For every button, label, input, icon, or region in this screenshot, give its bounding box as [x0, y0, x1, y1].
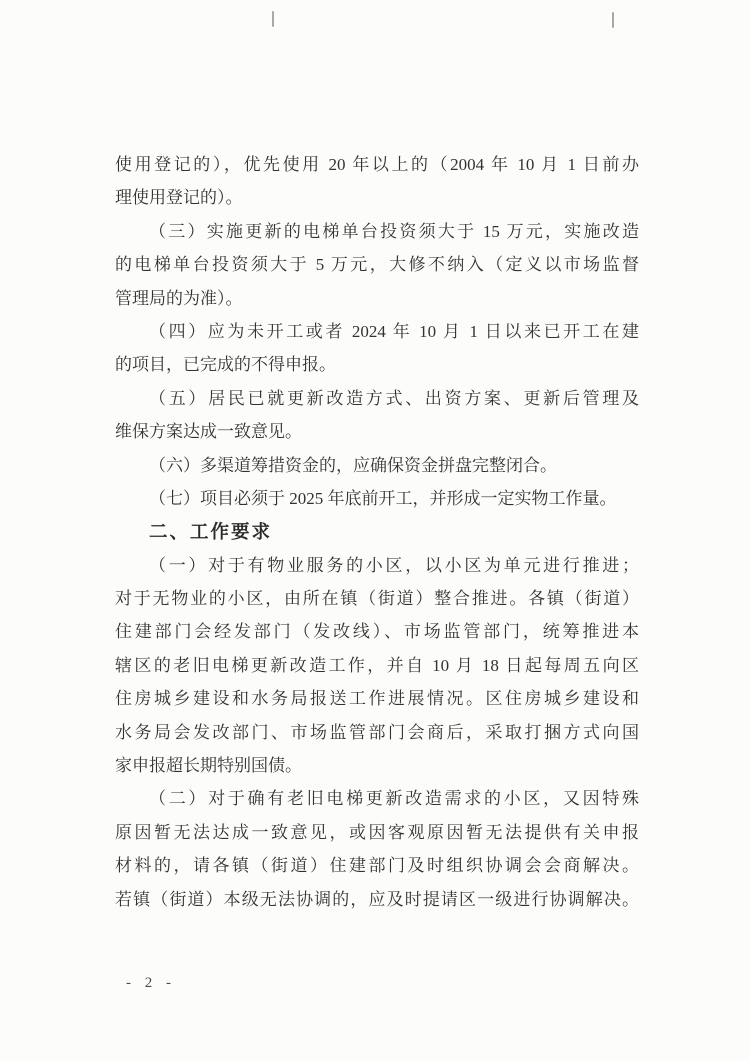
text-line: （七）项目必须于 2025 年底前开工，并形成一定实物工作量。 — [115, 482, 639, 515]
text-line: 水务局会发改部门、市场监管部门会商后，采取打捆方式向国 — [115, 716, 639, 749]
document-body: 使用登记的），优先使用 20 年以上的（2004 年 10 月 1 日前办理使用… — [115, 148, 639, 916]
scan-tick-icon — [272, 11, 274, 27]
text-line: （三）实施更新的电梯单台投资须大于 15 万元，实施改造 — [115, 215, 639, 248]
text-line: 的电梯单台投资须大于 5 万元，大修不纳入（定义以市场监督 — [115, 248, 639, 281]
text-line: 理使用登记的）。 — [115, 181, 639, 214]
text-line: 的项目，已完成的不得申报。 — [115, 348, 639, 381]
text-line: （四）应为未开工或者 2024 年 10 月 1 日以来已开工在建 — [115, 315, 639, 348]
text-line: 材料的，请各镇（街道）住建部门及时组织协调会会商解决。 — [115, 849, 639, 882]
text-line: 住房城乡建设和水务局报送工作进展情况。区住房城乡建设和 — [115, 682, 639, 715]
scan-tick-icon — [612, 12, 614, 28]
text-line: 若镇（街道）本级无法协调的，应及时提请区一级进行协调解决。 — [115, 883, 639, 916]
text-line: 维保方案达成一致意见。 — [115, 415, 639, 448]
text-line: （五）居民已就更新改造方式、出资方案、更新后管理及 — [115, 382, 639, 415]
text-line: （六）多渠道筹措资金的，应确保资金拼盘完整闭合。 — [115, 449, 639, 482]
text-line: （二）对于确有老旧电梯更新改造需求的小区，又因特殊 — [115, 782, 639, 815]
text-line: （一）对于有物业服务的小区，以小区为单元进行推进； — [115, 549, 639, 582]
page-number: - 2 - — [126, 975, 176, 992]
document-page: 使用登记的），优先使用 20 年以上的（2004 年 10 月 1 日前办理使用… — [0, 0, 750, 1061]
text-line: 辖区的老旧电梯更新改造工作，并自 10 月 18 日起每周五向区 — [115, 649, 639, 682]
text-line: 管理局的为准）。 — [115, 282, 639, 315]
text-line: 使用登记的），优先使用 20 年以上的（2004 年 10 月 1 日前办 — [115, 148, 639, 181]
text-line: 对于无物业的小区，由所在镇（街道）整合推进。各镇（街道） — [115, 582, 639, 615]
text-line: 住建部门会经发部门（发改线）、市场监管部门，统筹推进本 — [115, 615, 639, 648]
text-line: 家申报超长期特别国债。 — [115, 749, 639, 782]
section-heading: 二、工作要求 — [115, 515, 639, 548]
text-line: 原因暂无法达成一致意见，或因客观原因暂无法提供有关申报 — [115, 816, 639, 849]
